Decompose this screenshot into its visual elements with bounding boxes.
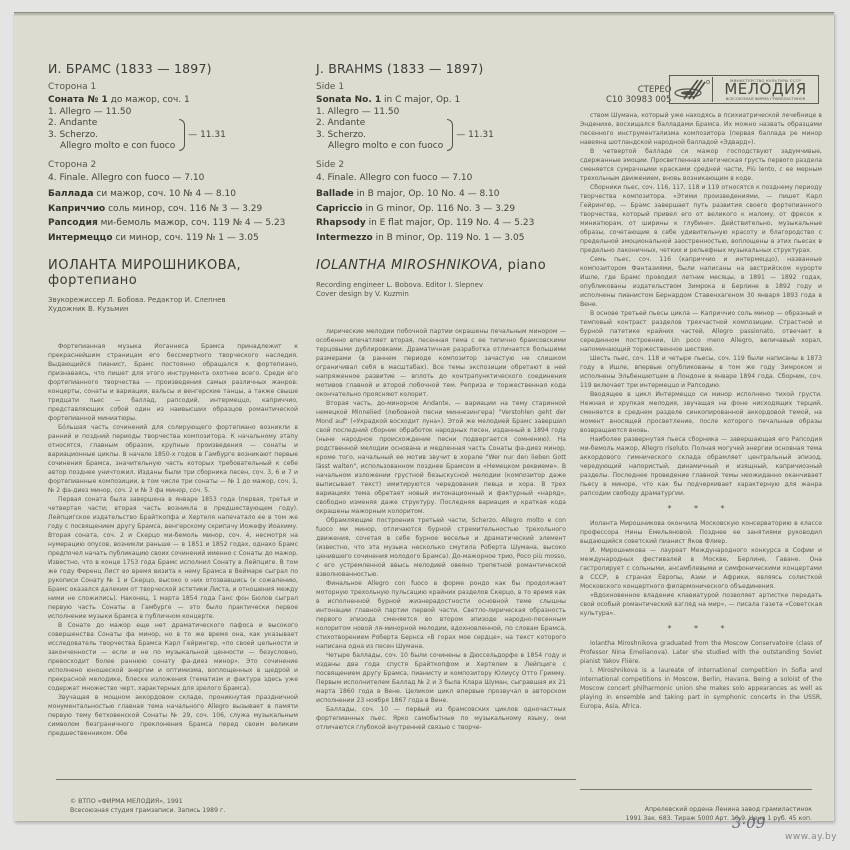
recording-studio-line: Всесоюзная студия грамзаписи. Запись 198… (70, 807, 225, 816)
performer-ru: ИОЛАНТА МИРОШНИКОВА, фортепиано (48, 258, 298, 288)
movement-2-ru: 2. Andante (48, 118, 175, 130)
record-sleeve-back: И. БРАМС (1833 — 1897) Сторона 1 Соната … (14, 12, 834, 821)
movement-3-tempo-ru: Allegro molto e con fuoco (48, 141, 175, 153)
copyright-block: © ВТПО «ФИРМА МЕЛОДИЯ», 1991 Всесоюзная … (70, 798, 225, 815)
movement-4-ru: 4. Finale. Allegro con fuoco — 7.10 (48, 173, 298, 185)
watermark: www.ay.by (785, 832, 837, 842)
movements-2-3-time-en: — 11.31 (456, 130, 494, 140)
track-item: Рапсодия ми-бемоль мажор, соч. 119 № 4 —… (48, 218, 298, 230)
paragraph: И. Мирошникова — лауреат Международного … (580, 546, 822, 591)
track-item: Intermezzo in B minor, Op. 119 No. 1 — 3… (316, 233, 566, 245)
movement-2-en: 2. Andante (316, 118, 443, 130)
track-item: Ballade in B major, Op. 10 No. 4 — 8.10 (316, 189, 566, 201)
paragraph: Звучащая в мощном аккордовом складе, про… (48, 693, 298, 738)
paragraph: Сборники пьес, соч. 116, 117, 118 и 119 … (580, 183, 822, 255)
track-list-ru: Баллада си мажор, соч. 10 № 4 — 8.10Капр… (48, 189, 298, 244)
paragraph: Iolantha Miroshnikova graduated from the… (580, 639, 822, 666)
track-item: Интермеццо си минор, соч. 119 № 1 — 3.05 (48, 233, 298, 245)
paragraph: В основе третьей пьесы цикла — Каприччио… (580, 309, 822, 354)
brace-icon (179, 119, 185, 151)
paragraph: Четыре баллады, соч. 10 были сочинены в … (316, 651, 566, 705)
movements-2-3-en: 2. Andante 3. Scherzo. Allegro molto e c… (316, 118, 566, 153)
paragraph: «Вдохновенное владение клавиатурой позво… (580, 591, 822, 618)
side-1-label-ru: Сторона 1 (48, 82, 298, 92)
brace-icon (447, 119, 453, 151)
performer-bio-ru: Иоланта Мирошникова окончила Московскую … (580, 519, 822, 618)
print-details-line: 1991 Зак. 683. Тираж 5000 Арт. 10-9. Цен… (580, 814, 812, 823)
track-item: Баллада си мажор, соч. 10 № 4 — 8.10 (48, 189, 298, 201)
side-1-label-en: Side 1 (316, 82, 566, 92)
credits-line-2-en: Cover design by V. Kuzmin (316, 290, 566, 299)
sonata-title-en: Sonata No. 1 in C major, Op. 1 (316, 95, 566, 107)
paragraph: В четвертой балладе си мажор господствую… (580, 147, 822, 183)
track-list-en: Ballade in B major, Op. 10 No. 4 — 8.10C… (316, 189, 566, 244)
paragraph: Бо́льшая часть сочинений для солирующего… (48, 423, 298, 495)
paragraph: Вторая часть, до-минорное Andante, — вар… (316, 399, 566, 516)
credits-line-2-ru: Художник В. Кузьмин (48, 305, 298, 314)
track-item: Каприччио соль минор, соч. 116 № 3 — 3.2… (48, 204, 298, 216)
paragraph: I. Miroshnikova is a laureate of interna… (580, 666, 822, 711)
paragraph: лирические мелодии побочной партии окраш… (316, 327, 566, 399)
separator: * * * (580, 624, 822, 633)
movement-3-tempo-en: Allegro molto e con fuoco (316, 141, 443, 153)
paragraph: Наиболее развернутая пьеса сборника — за… (580, 435, 822, 498)
copyright-line: © ВТПО «ФИРМА МЕЛОДИЯ», 1991 (70, 798, 225, 807)
separator: * * * (580, 504, 822, 513)
manufacturer-block: Апрелевский ордена Ленина завод грамилас… (580, 805, 812, 823)
handwritten-price: 3·09 (732, 814, 765, 832)
paragraph: Финальное Allegro con fuoco в форме ронд… (316, 579, 566, 651)
track-item: Rhapsody in E flat major, Op. 119 No. 4 … (316, 218, 566, 230)
footer-divider (56, 779, 576, 780)
liner-notes-column-3: ством Шумана, который уже находясь в пси… (580, 83, 822, 711)
russian-column: И. БРАМС (1833 — 1897) Сторона 1 Соната … (48, 61, 298, 738)
credits-line-1-en: Recording engineer L. Bobova. Editor I. … (316, 281, 566, 290)
composer-heading-ru: И. БРАМС (1833 — 1897) (48, 61, 298, 76)
performer-bio-en: Iolantha Miroshnikova graduated from the… (580, 639, 822, 711)
movement-3-ru: 3. Scherzo. (48, 130, 175, 142)
paragraph: Обрамляющие построения третьей части, Sc… (316, 516, 566, 579)
movement-4-en: 4. Finale. Allegro con fuoco — 7.10 (316, 173, 566, 185)
english-column: J. BRAHMS (1833 — 1897) Side 1 Sonata No… (316, 61, 566, 732)
paragraph: Фортепианная музыка Иоганнеса Брамса при… (48, 342, 298, 423)
footer-divider (580, 789, 812, 790)
movements-2-3-ru: 2. Andante 3. Scherzo. Allegro molto e c… (48, 118, 298, 153)
paragraph: Семь пьес, соч. 116 (каприччио и интерме… (580, 255, 822, 309)
paragraph: В Сонате до мажор еще нет драматического… (48, 621, 298, 693)
movements-2-3-time-ru: — 11.31 (188, 130, 226, 140)
composer-heading-en: J. BRAHMS (1833 — 1897) (316, 61, 566, 76)
manufacturer-line: Апрелевский ордена Ленина завод грамилас… (580, 805, 812, 814)
movement-1-ru: 1. Allegro — 11.50 (48, 107, 298, 119)
sonata-title-ru: Соната № 1 до мажор, соч. 1 (48, 95, 298, 107)
credits-line-1-ru: Звукорежиссер Л. Бобова. Редактор И. Сле… (48, 296, 298, 305)
paragraph: Вводящее в цикл Интермеццо си минор испо… (580, 390, 822, 435)
track-item: Capriccio in G minor, Op. 116 No. 3 — 3.… (316, 204, 566, 216)
liner-notes-column-1: Фортепианная музыка Иоганнеса Брамса при… (48, 342, 298, 738)
side-2-label-en: Side 2 (316, 160, 566, 170)
paragraph: Шесть пьес, соч. 118 и четыре пьесы, соч… (580, 354, 822, 390)
paragraph: ством Шумана, который уже находясь в пси… (580, 111, 822, 147)
paragraph: Иоланта Мирошникова окончила Московскую … (580, 519, 822, 546)
paragraph: Первая соната была завершена в январе 18… (48, 495, 298, 621)
side-2-label-ru: Сторона 2 (48, 160, 298, 170)
movement-3-en: 3. Scherzo. (316, 130, 443, 142)
paragraph: Баллады, соч. 10 — первый из брамсовских… (316, 705, 566, 732)
performer-en: IOLANTHA MIROSHNIKOVA, piano (316, 258, 566, 273)
movement-1-en: 1. Allegro — 11.50 (316, 107, 566, 119)
liner-notes-column-2: лирические мелодии побочной партии окраш… (316, 327, 566, 732)
